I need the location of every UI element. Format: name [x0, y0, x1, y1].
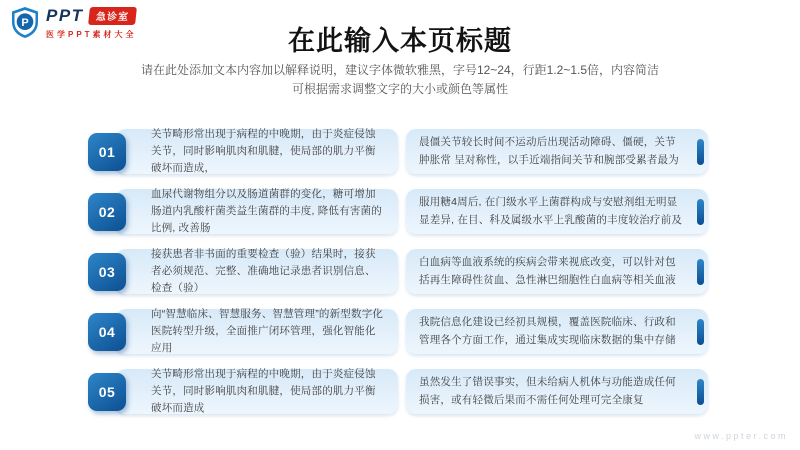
row-right-panel: 晨僵关节较长时间不运动后出现活动障碍、僵硬，关节肿胀常 呈对称性，以手近端指间关… — [406, 129, 708, 174]
row-left-text: 关节畸形常出现于病程的中晚期，由于炎症侵蚀关节，同时影响肌肉和肌腱，使局部的肌力… — [116, 366, 398, 418]
row-left-text: 关节畸形常出现于病程的中晚期，由于炎症侵蚀关节，同时影响肌肉和肌腱，使局部的肌力… — [116, 126, 398, 178]
row-left-text: 接获患者非书面的重要检查（验）结果时，接获者必须规范、完整、准确地记录患者识别信… — [116, 246, 398, 298]
row-left-panel: 关节畸形常出现于病程的中晚期，由于炎症侵蚀关节，同时影响肌肉和肌腱，使局部的肌力… — [116, 129, 398, 174]
row-right-text: 白血病等血液系统的疾病会带来视底改变，可以针对包括再生障碍性贫血、急性淋巴细胞性… — [406, 254, 708, 289]
row-left-text: 向“智慧临床、智慧服务、智慧管理”的新型数字化医院转型升级，全面推广闭环管理，强… — [116, 306, 398, 358]
list-item: 05 关节畸形常出现于病程的中晚期，由于炎症侵蚀关节，同时影响肌肉和肌腱，使局部… — [88, 369, 710, 414]
watermark: www.ppter.com — [694, 431, 788, 441]
row-number-badge: 01 — [88, 133, 126, 171]
accent-bar — [697, 199, 704, 225]
row-right-text: 服用糖4周后, 在门级水平上菌群构成与安慰剂组无明显显差异, 在目、科及属级水平… — [406, 194, 708, 229]
accent-bar — [697, 319, 704, 345]
list-item: 03 接获患者非书面的重要检查（验）结果时，接获者必须规范、完整、准确地记录患者… — [88, 249, 710, 294]
row-right-text: 晨僵关节较长时间不运动后出现活动障碍、僵硬，关节肿胀常 呈对称性，以手近端指间关… — [406, 134, 708, 169]
row-left-panel: 血尿代谢物组分以及肠道菌群的变化，糖可增加肠道内乳酸杆菌类益生菌群的丰度, 降低… — [116, 189, 398, 234]
accent-bar — [697, 259, 704, 285]
content-rows: 01 关节畸形常出现于病程的中晚期，由于炎症侵蚀关节，同时影响肌肉和肌腱，使局部… — [88, 129, 710, 414]
row-right-panel: 白血病等血液系统的疾病会带来视底改变，可以针对包括再生障碍性贫血、急性淋巴细胞性… — [406, 249, 708, 294]
page-subtitle: 请在此处添加文本内容加以解释说明，建议字体微软雅黑，字号12~24，行距1.2~… — [60, 61, 740, 98]
row-left-panel: 接获患者非书面的重要检查（验）结果时，接获者必须规范、完整、准确地记录患者识别信… — [116, 249, 398, 294]
row-right-text: 虽然发生了错误事实，但未给病人机体与功能造成任何损害，或有轻微后果而不需任何处理… — [406, 374, 708, 409]
row-right-text: 我院信息化建设已经初具规模，覆盖医院临床、行政和管理各个方面工作，通过集成实现临… — [406, 314, 708, 349]
accent-bar — [697, 139, 704, 165]
row-left-panel: 关节畸形常出现于病程的中晚期，由于炎症侵蚀关节，同时影响肌肉和肌腱，使局部的肌力… — [116, 369, 398, 414]
row-number-badge: 03 — [88, 253, 126, 291]
row-number-badge: 05 — [88, 373, 126, 411]
subtitle-line-2: 可根据需求调整文字的大小或颜色等属性 — [292, 82, 508, 96]
list-item: 01 关节畸形常出现于病程的中晚期，由于炎症侵蚀关节，同时影响肌肉和肌腱，使局部… — [88, 129, 710, 174]
list-item: 02 血尿代谢物组分以及肠道菌群的变化，糖可增加肠道内乳酸杆菌类益生菌群的丰度,… — [88, 189, 710, 234]
row-right-panel: 服用糖4周后, 在门级水平上菌群构成与安慰剂组无明显显差异, 在目、科及属级水平… — [406, 189, 708, 234]
list-item: 04 向“智慧临床、智慧服务、智慧管理”的新型数字化医院转型升级，全面推广闭环管… — [88, 309, 710, 354]
slide: P PPT 急诊室 医学PPT素材大全 在此输入本页标题 请在此处添加文本内容加… — [0, 0, 800, 450]
page-title: 在此输入本页标题 — [0, 19, 800, 58]
row-number-badge: 02 — [88, 193, 126, 231]
row-right-panel: 我院信息化建设已经初具规模，覆盖医院临床、行政和管理各个方面工作，通过集成实现临… — [406, 309, 708, 354]
row-right-panel: 虽然发生了错误事实，但未给病人机体与功能造成任何损害，或有轻微后果而不需任何处理… — [406, 369, 708, 414]
accent-bar — [697, 379, 704, 405]
row-left-panel: 向“智慧临床、智慧服务、智慧管理”的新型数字化医院转型升级，全面推广闭环管理，强… — [116, 309, 398, 354]
subtitle-line-1: 请在此处添加文本内容加以解释说明，建议字体微软雅黑，字号12~24，行距1.2~… — [141, 63, 659, 77]
row-number-badge: 04 — [88, 313, 126, 351]
row-left-text: 血尿代谢物组分以及肠道菌群的变化，糖可增加肠道内乳酸杆菌类益生菌群的丰度, 降低… — [116, 186, 398, 238]
